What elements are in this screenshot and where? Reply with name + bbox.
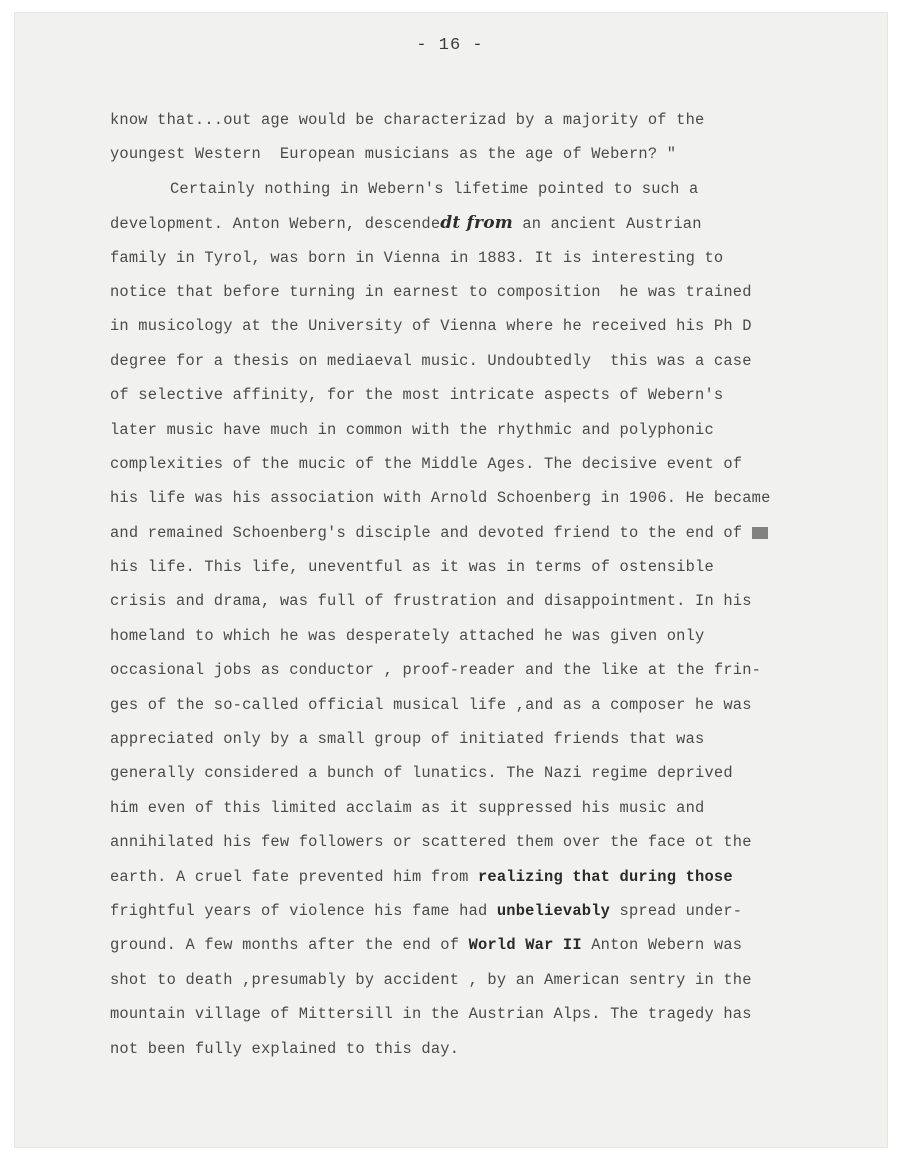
text-line: his life was his association with Arnold…	[110, 481, 870, 515]
text-line: youngest Western European musicians as t…	[110, 137, 870, 171]
retyped-segment: World War II	[469, 936, 582, 954]
text-line: frightful years of violence his fame had…	[110, 894, 870, 928]
text-segment: frightful years of violence his fame had	[110, 902, 497, 920]
text-line: annihilated his few followers or scatter…	[110, 825, 870, 859]
text-line: homeland to which he was desperately att…	[110, 619, 870, 653]
text-line: development. Anton Webern, descendedt fr…	[110, 206, 870, 240]
text-line: later music have much in common with the…	[110, 413, 870, 447]
text-line: degree for a thesis on mediaeval music. …	[110, 344, 870, 378]
strikeout-mark-icon	[752, 527, 768, 539]
text-line: earth. A cruel fate prevented him from r…	[110, 860, 870, 894]
handwritten-correction: dt from	[440, 213, 513, 233]
text-line: ges of the so-called official musical li…	[110, 688, 870, 722]
text-segment: ground. A few months after the end of	[110, 936, 469, 954]
text-line: appreciated only by a small group of ini…	[110, 722, 870, 756]
text-line: his life. This life, uneventful as it wa…	[110, 550, 870, 584]
text-segment: spread under-	[610, 902, 742, 920]
text-segment: and remained Schoenberg's disciple and d…	[110, 524, 752, 542]
document-body: know that...out age would be characteriz…	[110, 103, 870, 1066]
text-segment: earth. A cruel fate prevented him from	[110, 868, 478, 886]
paragraph-start-line: Certainly nothing in Webern's lifetime p…	[110, 172, 870, 206]
text-line: of selective affinity, for the most intr…	[110, 378, 870, 412]
text-line: generally considered a bunch of lunatics…	[110, 756, 870, 790]
text-line: not been fully explained to this day.	[110, 1032, 870, 1066]
text-line: crisis and drama, was full of frustratio…	[110, 584, 870, 618]
text-segment: an ancient Austrian	[513, 215, 702, 233]
retyped-segment: realizing that during those	[478, 868, 733, 886]
text-line: and remained Schoenberg's disciple and d…	[110, 516, 870, 550]
text-line: ground. A few months after the end of Wo…	[110, 928, 870, 962]
text-segment: development. Anton Webern, descende	[110, 215, 440, 233]
text-line: mountain village of Mittersill in the Au…	[110, 997, 870, 1031]
page-number: - 16 -	[0, 36, 900, 55]
text-line: shot to death ,presumably by accident , …	[110, 963, 870, 997]
text-line: in musicology at the University of Vienn…	[110, 309, 870, 343]
text-segment: Anton Webern was	[582, 936, 742, 954]
text-line: family in Tyrol, was born in Vienna in 1…	[110, 241, 870, 275]
text-line: occasional jobs as conductor , proof-rea…	[110, 653, 870, 687]
text-line: know that...out age would be characteriz…	[110, 103, 870, 137]
text-line: notice that before turning in earnest to…	[110, 275, 870, 309]
retyped-segment: unbelievably	[497, 902, 610, 920]
text-line: him even of this limited acclaim as it s…	[110, 791, 870, 825]
text-line: complexities of the mucic of the Middle …	[110, 447, 870, 481]
